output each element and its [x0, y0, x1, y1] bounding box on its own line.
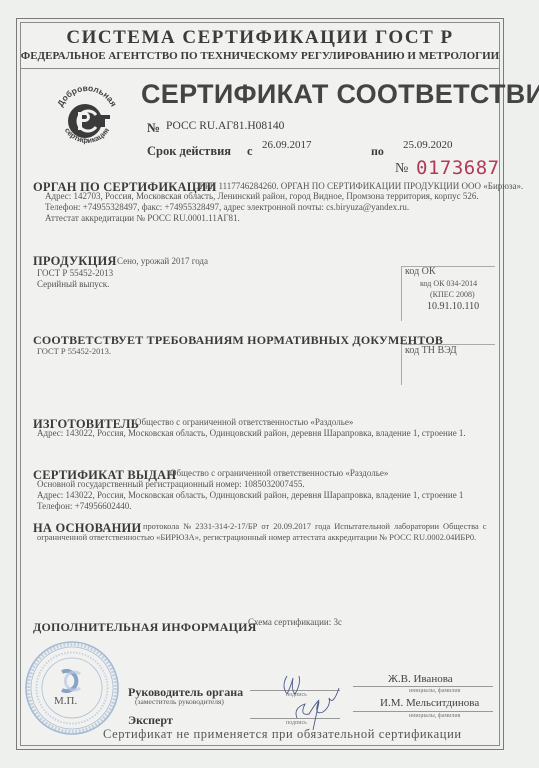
head-of-body-sublabel: (заместитель руководителя): [135, 697, 224, 706]
tn-ved-label: код ТН ВЭД: [405, 345, 457, 356]
rst-logo-icon: Добровольная сертификация: [52, 82, 122, 152]
head-name-caption: инициалы, фамилия: [409, 688, 460, 694]
registration-number: РОСС RU.АГ81.Н08140: [166, 120, 284, 132]
ok-classifier-edition: (КПЕС 2008): [430, 290, 475, 299]
validity-label: Срок действия: [147, 144, 231, 159]
header-divider: [20, 68, 500, 69]
expert-label: Эксперт: [128, 713, 173, 728]
manufacturer-address: Адрес: 143022, Россия, Московская област…: [37, 428, 466, 438]
issued-to-phone: Телефон: +74956602440.: [37, 501, 131, 511]
product-name: Сено, урожай 2017 года: [117, 256, 208, 266]
certification-body-accreditation: Аттестат аккредитации № РОСС RU.0001.11А…: [45, 213, 240, 223]
certification-scheme: Схема сертификации: 3с: [248, 617, 342, 627]
valid-from-label: с: [247, 144, 253, 159]
ok-code-label: код ОК: [405, 266, 436, 277]
expert-name-caption: инициалы, фамилия: [409, 713, 460, 719]
head-name: Ж.В. Иванова: [388, 673, 453, 685]
agency-name: ФЕДЕРАЛЬНОЕ АГЕНТСТВО ПО ТЕХНИЧЕСКОМУ РЕ…: [20, 50, 500, 62]
seal-stamp-icon: [24, 640, 120, 736]
normative-documents: ГОСТ Р 55452-2013.: [37, 346, 111, 356]
voluntary-certification-notice: Сертификат не применяется при обязательн…: [103, 727, 462, 742]
basis-accreditation: ограниченной ответственностью «БИРЮЗА», …: [37, 533, 476, 542]
certification-body-address: Адрес: 142703, Россия, Московская област…: [45, 191, 479, 201]
ok-classifier: код ОК 034-2014: [420, 279, 477, 288]
expert-name: И.М. Мельситдинова: [380, 697, 479, 709]
expert-name-line: [353, 711, 493, 712]
certificate-title: СЕРТИФИКАТ СООТВЕТСТВИЯ: [141, 79, 539, 110]
product-release-type: Серийный выпуск.: [37, 279, 109, 289]
valid-to-label: по: [371, 144, 384, 159]
product-standard: ГОСТ Р 55452-2013: [37, 268, 113, 278]
stamp-place-label: М.П.: [54, 695, 77, 707]
system-title: СИСТЕМА СЕРТИФИКАЦИИ ГОСТ Р: [20, 27, 500, 49]
basis-protocol: протокола № 2331-314-2-17/БР от 20.09.20…: [143, 522, 486, 531]
issued-to-address: Адрес: 143022, Россия, Московская област…: [37, 490, 463, 500]
manufacturer-name: Общество с ограниченной ответственностью…: [135, 417, 353, 427]
product-label: ПРОДУКЦИЯ: [33, 254, 117, 269]
form-serial-number: 0173687: [416, 157, 500, 179]
head-name-line: [353, 686, 493, 687]
additional-info-label: ДОПОЛНИТЕЛЬНАЯ ИНФОРМАЦИЯ: [33, 620, 257, 635]
form-number-label: №: [395, 161, 408, 177]
valid-to-date: 25.09.2020: [403, 139, 453, 151]
ok-code-value: 10.91.10.110: [427, 301, 479, 312]
issued-to-ogrn: Основной государственный регистрационный…: [37, 479, 305, 489]
number-label: №: [147, 120, 160, 136]
certification-body-ogrn: ОГРН 1117746284260. ОРГАН ПО СЕРТИФИКАЦИ…: [193, 181, 523, 191]
certification-body-contacts: Телефон: +74955328497, факс: +7495532849…: [45, 202, 409, 212]
issued-to-name: Общество с ограниченной ответственностью…: [170, 468, 388, 478]
valid-from-date: 26.09.2017: [262, 139, 312, 151]
